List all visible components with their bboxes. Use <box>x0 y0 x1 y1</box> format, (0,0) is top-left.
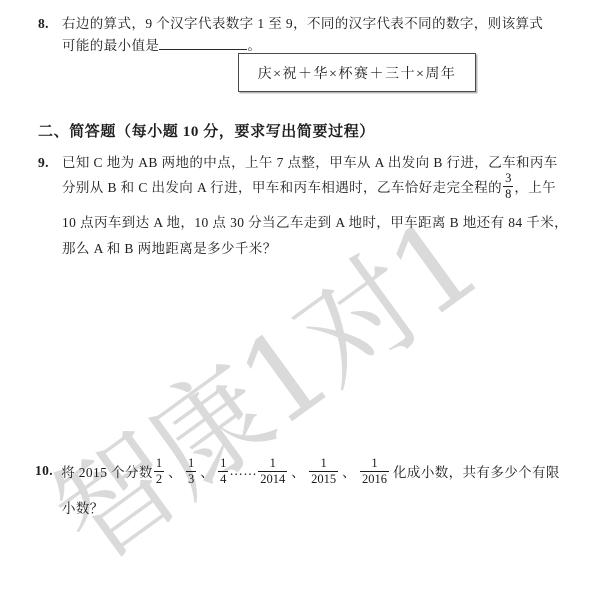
q10-outro: 化成小数，共有多少个有限 <box>393 461 560 481</box>
expression-text: 庆×祝＋华×杯赛＋三十×周年 <box>258 63 457 83</box>
fraction-1-2: 1 2 <box>154 456 164 486</box>
expression-box: 庆×祝＋华×杯赛＋三十×周年 <box>238 53 476 92</box>
answer-blank <box>159 36 247 50</box>
ellipsis: …… <box>229 463 257 479</box>
q8-line2: 可能的最小值是。 <box>62 34 261 54</box>
separator: 、 <box>168 461 182 481</box>
q9-line2-after: ，上午 <box>514 176 556 196</box>
q9-line2: 分别从 B 和 C 出发向 A 行进，甲车和丙车相遇时，乙车恰好走完全程的 3 … <box>62 168 556 204</box>
section-title: 二、简答题（每小题 10 分，要求写出简要过程） <box>38 120 375 141</box>
separator: 、 <box>342 461 356 481</box>
q9-line2-before: 分别从 B 和 C 出发向 A 行进，甲车和丙车相遇时，乙车恰好走完全程的 <box>62 176 502 196</box>
q9-line4: 那么 A 和 B 两地距离是多少千米？ <box>62 237 277 257</box>
fraction-1-2015: 1 2015 <box>309 456 338 486</box>
q8-number: 8. <box>38 16 49 31</box>
q8-line1: 8.右边的算式，9 个汉字代表数字 1 至 9，不同的汉字代表不同的数字，则该算… <box>38 12 543 32</box>
document-page: 智康1对1 8.右边的算式，9 个汉字代表数字 1 至 9，不同的汉字代表不同的… <box>0 0 589 591</box>
fraction-1-4: 1 4 <box>218 456 228 486</box>
q9-line3: 10 点丙车到达 A 地，10 点 30 分当乙车走到 A 地时，甲车距离 B … <box>62 211 568 231</box>
q10-intro: 将 2015 个分数 <box>61 461 153 481</box>
fraction-1-2016: 1 2016 <box>360 456 389 486</box>
q8-line2-prefix: 可能的最小值是 <box>62 38 159 53</box>
q9-number: 9. <box>38 155 49 170</box>
separator: 、 <box>291 461 305 481</box>
fraction-3-8: 3 8 <box>503 171 513 201</box>
q10-line1: 10. 将 2015 个分数 1 2 、 1 3 、 1 4 …… 1 2014… <box>35 450 560 492</box>
q8-line2-suffix: 。 <box>247 38 261 53</box>
q10-line2: 小数？ <box>62 497 104 517</box>
fraction-1-3: 1 3 <box>186 456 196 486</box>
fraction-1-2014: 1 2014 <box>258 456 287 486</box>
q10-number: 10. <box>35 463 53 479</box>
q8-line1-text: 右边的算式，9 个汉字代表数字 1 至 9，不同的汉字代表不同的数字，则该算式 <box>62 16 543 31</box>
separator: 、 <box>200 461 214 481</box>
